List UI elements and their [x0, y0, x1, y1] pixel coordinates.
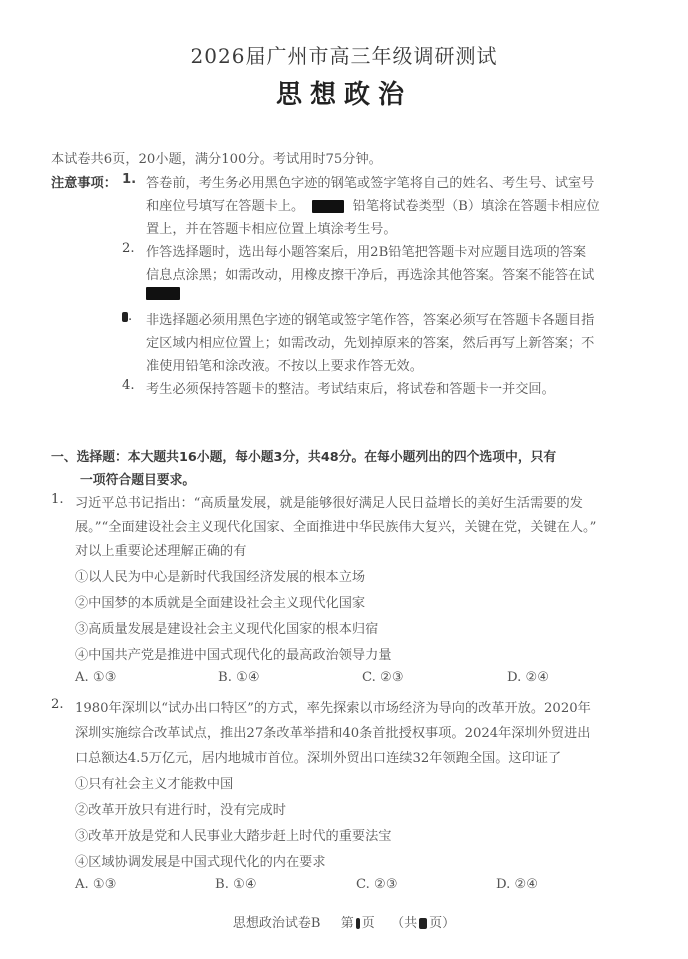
q2-option-b[interactable]: B. ①④ [215, 877, 257, 892]
q2-statement-1: ①只有社会主义才能救中国 [75, 773, 233, 792]
redacted-page-number [356, 918, 360, 929]
q2-option-c[interactable]: C. ②③ [356, 877, 398, 892]
note-4-marker: 4. [122, 378, 135, 393]
footer-total-prefix: （共 [391, 916, 417, 931]
q1-statement-2: ②中国梦的本质就是全面建设社会主义现代化国家 [75, 592, 365, 611]
q1-option-c[interactable]: C. ②③ [362, 670, 404, 685]
page-footer: 思想政治试卷B 第页 （共页） [0, 912, 688, 931]
exam-title: 2026届广州市高三年级调研测试 [0, 40, 688, 69]
note-3-line-3: 准使用铅笔和涂改液。不按以上要求作答无效。 [146, 355, 423, 374]
redacted-marker [122, 312, 128, 322]
subject-title: 思想政治 [0, 74, 688, 111]
q1-stem-3: 对以上重要论述理解正确的有 [75, 540, 246, 559]
note-3-marker: . [122, 309, 132, 324]
redacted-block [146, 287, 180, 300]
note-2-line-2: 信息点涂黑；如需改动，用橡皮擦干净后，再选涂其他答案。答案不能答在试 [146, 264, 594, 283]
note-1-line-3: 置上，并在答题卡相应位置上填涂考生号。 [146, 218, 397, 237]
q2-option-d[interactable]: D. ②④ [496, 877, 538, 892]
q1-statement-3: ③高质量发展是建设社会主义现代化国家的根本归宿 [75, 618, 378, 637]
exam-page: 2026届广州市高三年级调研测试 思想政治 本试卷共6页，20小题，满分100分… [0, 0, 688, 959]
redacted-total-pages [419, 918, 427, 929]
q1-option-d[interactable]: D. ②④ [507, 670, 549, 685]
note-3-line-2: 定区域内相应位置上；如需改动，先划掉原来的答案，然后再写上新答案；不 [146, 332, 594, 351]
notes-label: 注意事项： [51, 172, 117, 191]
section-1-heading: 一、选择题：本大题共16小题，每小题3分，共48分。在每小题列出的四个选项中，只… [51, 446, 556, 465]
footer-total-suffix: 页） [429, 916, 455, 931]
q2-option-a[interactable]: A. ①③ [75, 877, 117, 892]
q1-option-b[interactable]: B. ①④ [218, 670, 260, 685]
section-1-heading-cont: 一项符合题目要求。 [80, 469, 195, 488]
note-1-line-2-text: 和座位号填写在答题卡上。 [146, 199, 304, 214]
redacted-block [312, 200, 344, 213]
note-4-line-1: 考生必须保持答题卡的整洁。考试结束后，将试卷和答题卡一并交回。 [146, 378, 555, 397]
q1-number: 1. [51, 492, 64, 507]
q1-statement-1: ①以人民为中心是新时代我国经济发展的根本立场 [75, 566, 365, 585]
q1-stem-2: 展。”“全面建设社会主义现代化国家、全面推进中华民族伟大复兴，关键在党，关键在人… [75, 516, 596, 535]
q2-statement-2: ②改革开放只有进行时，没有完成时 [75, 799, 286, 818]
note-2-marker: 2. [122, 241, 135, 256]
note-1-line-2-cont: 铅笔将试卷类型（B）填涂在答题卡相应位 [353, 199, 600, 214]
q2-statement-4: ④区域协调发展是中国式现代化的内在要求 [75, 851, 326, 870]
q1-statement-4: ④中国共产党是推进中国式现代化的最高政治领导力量 [75, 644, 392, 663]
note-3-line-1: 非选择题必须用黑色字迹的钢笔或签字笔作答，答案必须写在答题卡各题目指 [146, 309, 594, 328]
q2-statement-3: ③改革开放是党和人民事业大踏步赶上时代的重要法宝 [75, 825, 392, 844]
q2-number: 2. [51, 697, 64, 712]
note-1-marker: 1. [122, 172, 136, 187]
q2-stem-1: 1980年深圳以“试办出口特区”的方式，率先探索以市场经济为导向的改革开放。20… [75, 697, 591, 716]
note-2-line-1: 作答选择题时，选出每小题答案后，用2B铅笔把答题卡对应题目选项的答案 [146, 241, 586, 260]
intro-text: 本试卷共6页，20小题，满分100分。考试用时75分钟。 [51, 148, 382, 167]
note-1-line-1: 答卷前，考生务必用黑色字迹的钢笔或签字笔将自己的姓名、考生号、试室号 [146, 172, 594, 191]
footer-page-suffix: 页 [362, 916, 375, 931]
q2-stem-2: 深圳实施综合改革试点，推出27条改革举措和40条首批授权事项。2024年深圳外贸… [75, 722, 591, 741]
footer-paper-name: 思想政治试卷B [233, 916, 321, 931]
footer-page-prefix: 第 [341, 916, 354, 931]
q1-stem-1: 习近平总书记指出：“高质量发展，就是能够很好满足人民日益增长的美好生活需要的发 [75, 492, 583, 511]
note-1-line-2: 和座位号填写在答题卡上。 铅笔将试卷类型（B）填涂在答题卡相应位 [146, 195, 600, 214]
q2-stem-3: 口总额达4.5万亿元，居内地城市首位。深圳外贸出口连续32年领跑全国。这印证了 [75, 747, 561, 766]
q1-option-a[interactable]: A. ①③ [75, 670, 117, 685]
